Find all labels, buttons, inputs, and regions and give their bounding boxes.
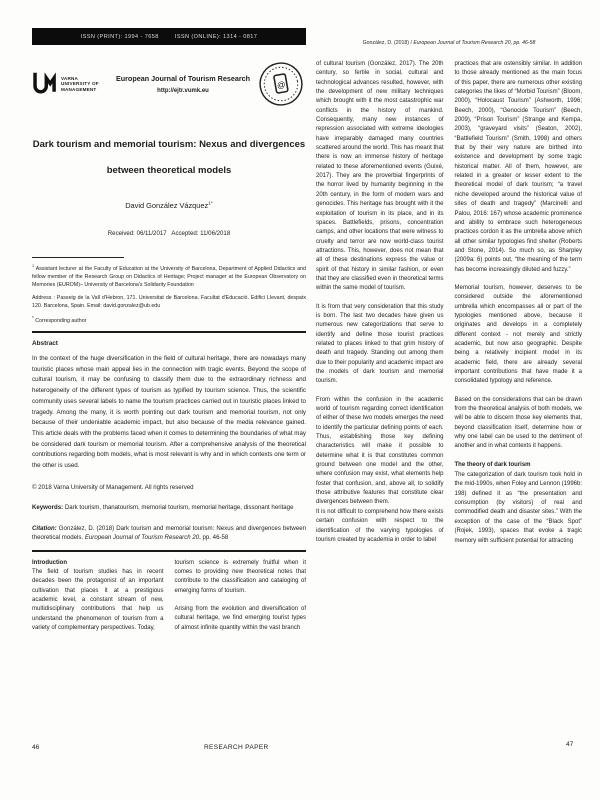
article-title: Dark tourism and memorial tourism: Nexus… xyxy=(32,139,306,177)
keywords-line: Keywords: Dark tourism, thanatourism, me… xyxy=(32,503,306,513)
issn-bar: ISSN (PRINT): 1994 - 7658 ISSN (ONLINE):… xyxy=(32,28,306,45)
corresponding-author-note: * Corresponding author xyxy=(32,315,306,324)
copyright-line: © 2018 Varna University of Management. A… xyxy=(32,483,306,493)
received-date: Received: 06/11/2017 xyxy=(108,230,167,237)
author-line: David González Vázquez1* xyxy=(32,201,306,210)
research-paper-label: RESEARCH PAPER xyxy=(204,744,269,751)
corresponding-text: Corresponding author xyxy=(35,318,86,324)
citation-pages: , pp. 46-58 xyxy=(199,534,228,541)
journal-url: http://ejtr.vumk.eu xyxy=(110,88,256,94)
footnote-marker: 1 xyxy=(32,264,34,268)
intro-column-1: Introduction The field of tourism studie… xyxy=(32,559,164,691)
intro-paragraph: Arising from the evolution and diversifi… xyxy=(175,605,307,633)
body-column-1: of cultural tourism (González, 2017). Th… xyxy=(316,60,444,744)
page-number-right: 47 xyxy=(566,741,573,748)
keywords-label: Keywords: xyxy=(32,504,63,511)
vum-monogram-icon xyxy=(32,71,58,97)
page-left: ISSN (PRINT): 1994 - 7658 ISSN (ONLINE):… xyxy=(32,28,306,691)
accepted-date: Accepted: 11/06/2018 xyxy=(171,230,230,237)
received-accepted: Received: 06/11/2017 Accepted: 11/06/201… xyxy=(32,230,306,237)
author-name: David González Vázquez xyxy=(125,201,208,210)
journal-identity: European Journal of Tourism Research htt… xyxy=(110,74,256,94)
masthead: VARNA UNIVERSITY OF MANAGEMENT European … xyxy=(32,55,306,113)
abstract-heading: Abstract xyxy=(32,340,306,347)
section-divider-top xyxy=(32,331,306,333)
footnote-rule xyxy=(32,257,124,258)
article-title-line1: Dark tourism and memorial tourism: Nexus… xyxy=(32,139,306,151)
author-footnote-mark: 1* xyxy=(208,202,213,207)
introduction-columns: Introduction The field of tourism studie… xyxy=(32,559,306,691)
footnote-affiliation: 1 Assistant lecturer at the Faculty of E… xyxy=(32,262,306,290)
page-number-left: 46 xyxy=(32,744,39,751)
body-paragraph: It is not difficult to comprehend how th… xyxy=(316,508,444,545)
journal-name: European Journal of Tourism Research xyxy=(110,74,256,83)
citation-journal: European Journal of Tourism Research 20 xyxy=(85,534,199,541)
body-columns: of cultural tourism (González, 2017). Th… xyxy=(316,60,582,744)
body-paragraph: It is from that very consideration that … xyxy=(316,303,444,387)
body-paragraph: of cultural tourism (González, 2017). Th… xyxy=(316,60,444,294)
vum-logo-line: MANAGEMENT xyxy=(61,87,99,93)
issn-online: ISSN (ONLINE): 1314 - 0817 xyxy=(175,34,258,40)
journal-spread: ISSN (PRINT): 1994 - 7658 ISSN (ONLINE):… xyxy=(0,0,600,800)
body-paragraph: Based on the considerations that can be … xyxy=(455,396,583,452)
footnote-affiliation-text: Assistant lecturer at the Faculty of Edu… xyxy=(32,266,306,289)
body-paragraph: practices that are ostensibly similar. I… xyxy=(455,60,583,275)
issn-print: ISSN (PRINT): 1994 - 7658 xyxy=(81,34,159,40)
body-paragraph: From within the confusion in the academi… xyxy=(316,396,444,508)
abstract-text: In the context of the huge diversificati… xyxy=(32,354,306,472)
body-column-2: practices that are ostensibly similar. I… xyxy=(455,60,583,744)
body-paragraph: Memorial tourism, however, deserves to b… xyxy=(455,284,583,387)
section-divider-bottom xyxy=(32,550,306,552)
journal-seal-icon: @ xyxy=(256,61,306,107)
page-right: González, D. (2018) / European Journal o… xyxy=(316,40,582,744)
introduction-heading: Introduction xyxy=(32,559,164,568)
keywords-text: Dark tourism, thanatourism, memorial tou… xyxy=(63,504,293,511)
citation-label: Citation: xyxy=(32,525,57,532)
running-head: González, D. (2018) / European Journal o… xyxy=(316,40,582,46)
article-title-line2: between theoretical models xyxy=(32,165,306,177)
svg-text:@: @ xyxy=(276,79,286,90)
vum-logo: VARNA UNIVERSITY OF MANAGEMENT xyxy=(32,71,110,97)
dark-tourism-theory-heading: The theory of dark tourism xyxy=(455,461,583,470)
intro-column-2: tourism science is extremely fruitful wh… xyxy=(175,559,307,691)
running-head-journal: European Journal of Tourism Research 20,… xyxy=(413,40,535,46)
running-head-author: González, D. (2018) / xyxy=(363,40,414,46)
intro-paragraph: The field of tourism studies has in rece… xyxy=(32,568,164,633)
vum-logo-line: UNIVERSITY OF xyxy=(61,81,99,87)
corresponding-marker: * xyxy=(32,315,34,320)
citation-line: Citation: González, D. (2018) Dark touri… xyxy=(32,524,306,543)
body-paragraph: The categorization of dark tourism took … xyxy=(455,471,583,546)
vum-logo-text: VARNA UNIVERSITY OF MANAGEMENT xyxy=(61,76,99,93)
footnote-address: Address : Passeig de la Vall d'Hebron, 1… xyxy=(32,294,306,311)
intro-paragraph: tourism science is extremely fruitful wh… xyxy=(175,559,307,596)
